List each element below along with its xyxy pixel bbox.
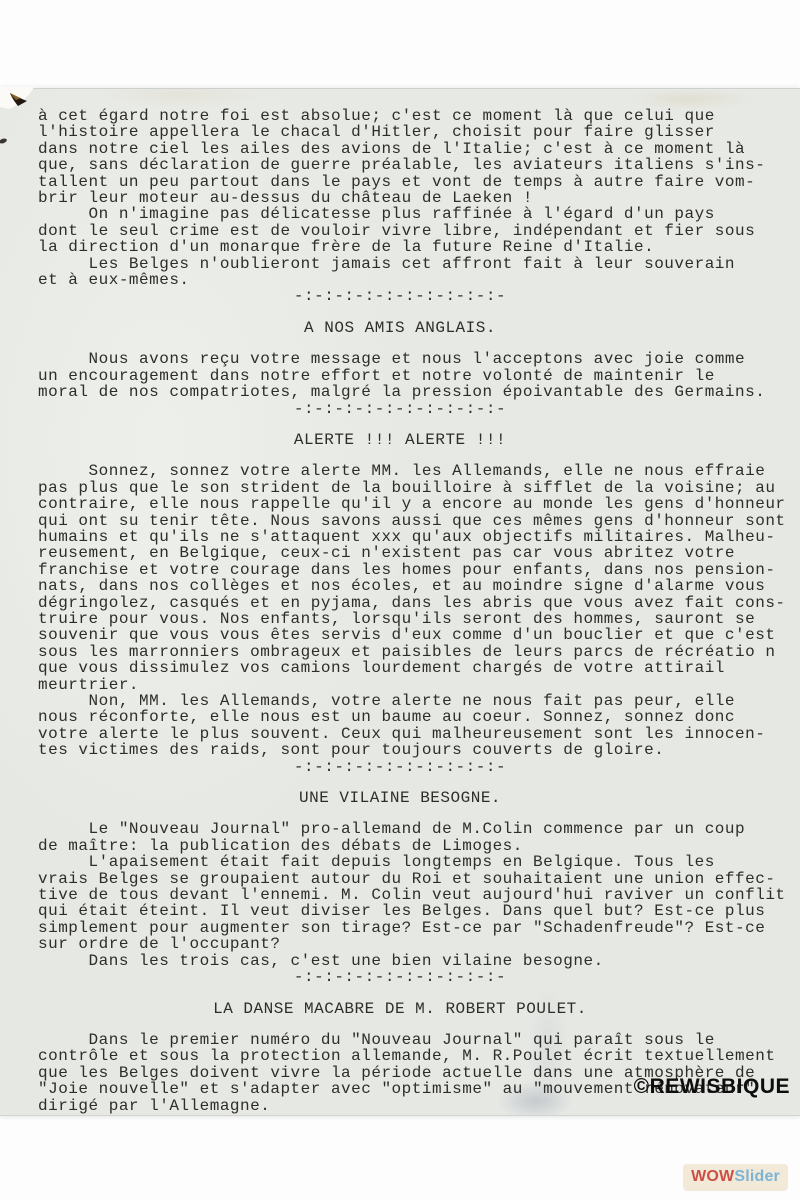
text-line: nats, dans nos collèges et nos écoles, e… bbox=[38, 578, 762, 594]
paragraph: On n'imagine pas délicatesse plus raffin… bbox=[38, 206, 762, 255]
text-line: Dans le premier numéro du "Nouveau Journ… bbox=[38, 1032, 762, 1048]
section-separator: -:-:-:-:-:-:-:-:-:-:- bbox=[38, 401, 762, 417]
paragraph: Dans les trois cas, c'est une bien vilai… bbox=[38, 953, 762, 969]
text-line: reusement, en Belgique, ceux-ci n'existe… bbox=[38, 545, 762, 561]
text-line: Les Belges n'oublieront jamais cet affro… bbox=[38, 256, 762, 272]
scanned-page: à cet égard notre foi est absolue; c'est… bbox=[0, 88, 800, 1116]
paragraph: Dans le premier numéro du "Nouveau Journ… bbox=[38, 1032, 762, 1114]
paragraph: Nous avons reçu votre message et nous l'… bbox=[38, 351, 762, 400]
wowslider-wow-label: WOW bbox=[691, 1168, 734, 1185]
text-line: souvenir que vous vous êtes servis d'eux… bbox=[38, 627, 762, 643]
text-line: pas plus que le son strident de la bouil… bbox=[38, 480, 762, 496]
wowslider-watermark[interactable]: WOWSlider bbox=[683, 1164, 788, 1191]
paragraph: à cet égard notre foi est absolue; c'est… bbox=[38, 108, 762, 206]
text-line: dirigé par l'Allemagne. bbox=[38, 1098, 762, 1114]
section-heading-vilaine-besogne: UNE VILAINE BESOGNE. bbox=[38, 790, 762, 806]
text-line: meurtrier. bbox=[38, 677, 762, 693]
section-heading-danse-macabre: LA DANSE MACABRE DE M. ROBERT POULET. bbox=[38, 1001, 762, 1017]
text-line: contrôle et sous la protection allemande… bbox=[38, 1048, 762, 1064]
text-line: Sonnez, sonnez votre alerte MM. les Alle… bbox=[38, 463, 762, 479]
text-line: truire pour vous. Nos enfants, lorsqu'il… bbox=[38, 611, 762, 627]
text-line: dégringolez, casqués et en pyjama, dans … bbox=[38, 595, 762, 611]
text-line: votre alerte le plus souvent. Ceux qui m… bbox=[38, 726, 762, 742]
document-text: à cet égard notre foi est absolue; c'est… bbox=[38, 108, 762, 1114]
text-line: tallent un peu partout dans le pays et v… bbox=[38, 174, 762, 190]
section-heading-alerte: ALERTE !!! ALERTE !!! bbox=[38, 432, 762, 448]
text-line: brir leur moteur au-dessus du château de… bbox=[38, 190, 762, 206]
section-separator: -:-:-:-:-:-:-:-:-:-:- bbox=[38, 969, 762, 985]
text-line: dont le seul crime est de vouloir vivre … bbox=[38, 223, 762, 239]
text-line: humains et qu'ils ne s'attaquent xxx qu'… bbox=[38, 529, 762, 545]
paragraph: L'apaisement était fait depuis longtemps… bbox=[38, 854, 762, 952]
text-line: Le "Nouveau Journal" pro-allemand de M.C… bbox=[38, 821, 762, 837]
text-line: un encouragement dans notre effort et no… bbox=[38, 368, 762, 384]
text-line: qui ont su tenir tête. Nous savons aussi… bbox=[38, 513, 762, 529]
text-line: Non, MM. les Allemands, votre alerte ne … bbox=[38, 693, 762, 709]
paragraph: Sonnez, sonnez votre alerte MM. les Alle… bbox=[38, 463, 762, 693]
text-line: contraire, elle nous rappelle qu'il y a … bbox=[38, 496, 762, 512]
text-line: moral de nos compatriotes, malgré la pre… bbox=[38, 384, 762, 400]
text-line: qui était éteint. Il veut diviser les Be… bbox=[38, 903, 762, 919]
text-line: tes victimes des raids, sont pour toujou… bbox=[38, 742, 762, 758]
text-line: vrais Belges se groupaient autour du Roi… bbox=[38, 871, 762, 887]
text-line: nous réconforte, elle nous est un baume … bbox=[38, 709, 762, 725]
text-line: simplement pour augmenter son tirage? Es… bbox=[38, 920, 762, 936]
section-separator: -:-:-:-:-:-:-:-:-:-:- bbox=[38, 759, 762, 775]
text-line: que vous dissimulez vos camions lourdeme… bbox=[38, 660, 762, 676]
paragraph: Le "Nouveau Journal" pro-allemand de M.C… bbox=[38, 821, 762, 854]
paragraph: Non, MM. les Allemands, votre alerte ne … bbox=[38, 693, 762, 759]
text-line: tive de tous devant l'ennemi. M. Colin v… bbox=[38, 887, 762, 903]
text-line: sur ordre de l'occupant? bbox=[38, 936, 762, 952]
text-line: Nous avons reçu votre message et nous l'… bbox=[38, 351, 762, 367]
text-line: l'histoire appellera le chacal d'Hitler,… bbox=[38, 124, 762, 140]
section-separator: -:-:-:-:-:-:-:-:-:-:- bbox=[38, 288, 762, 304]
text-line: On n'imagine pas délicatesse plus raffin… bbox=[38, 206, 762, 222]
text-line: que, sans déclaration de guerre préalabl… bbox=[38, 157, 762, 173]
paragraph: Les Belges n'oublieront jamais cet affro… bbox=[38, 256, 762, 289]
text-line: de maître: la publication des débats de … bbox=[38, 838, 762, 854]
text-line: L'apaisement était fait depuis longtemps… bbox=[38, 854, 762, 870]
copyright-watermark: ©REWISBIQUE bbox=[634, 1075, 790, 1099]
text-line: sous les marronniers ombrageux et paisib… bbox=[38, 644, 762, 660]
wowslider-slider-label: Slider bbox=[734, 1168, 780, 1185]
text-line: Dans les trois cas, c'est une bien vilai… bbox=[38, 953, 762, 969]
text-line: franchise et votre courage dans les home… bbox=[38, 562, 762, 578]
text-line: à cet égard notre foi est absolue; c'est… bbox=[38, 108, 762, 124]
text-line: et à eux-mêmes. bbox=[38, 272, 762, 288]
section-heading-amis-anglais: A NOS AMIS ANGLAIS. bbox=[38, 320, 762, 336]
text-line: dans notre ciel les ailes des avions de … bbox=[38, 141, 762, 157]
text-line: la direction d'un monarque frère de la f… bbox=[38, 239, 762, 255]
